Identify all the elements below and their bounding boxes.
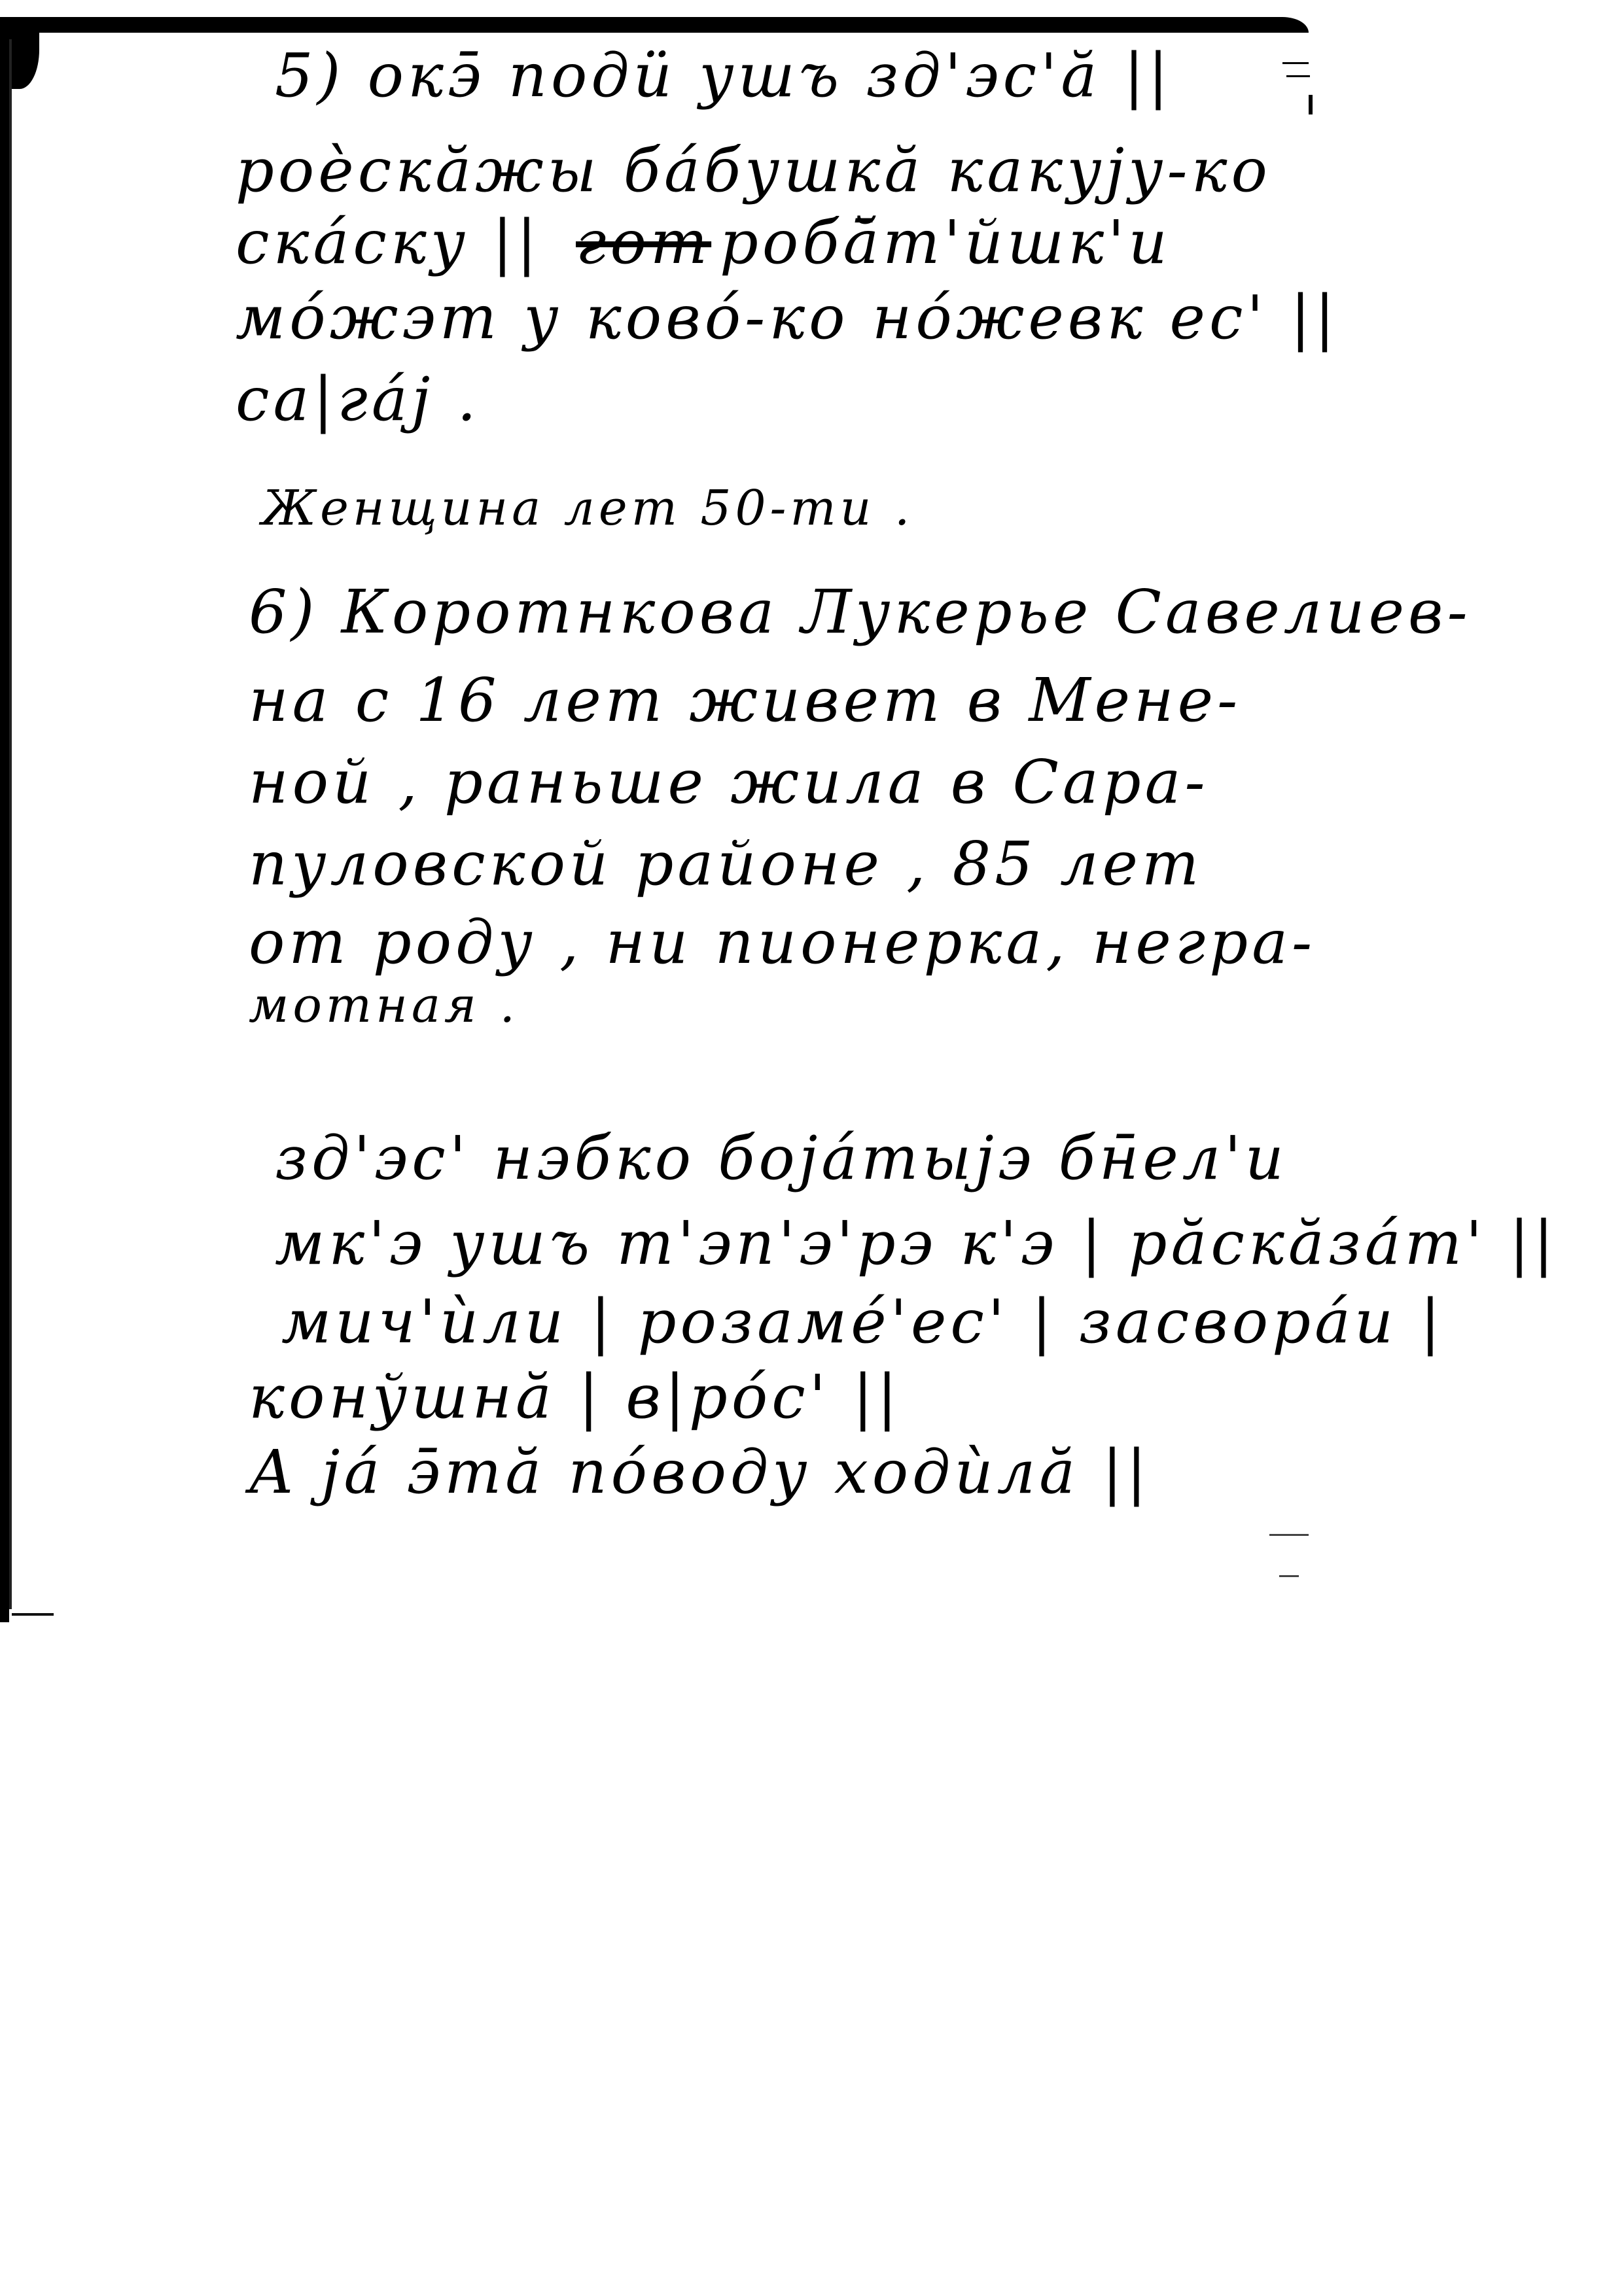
transcript-line-3: мич'ѝли | розаме́'ес' | засвора́и | (281, 1292, 1444, 1352)
section5-line-2: роèскăжы бáбушкӑ какују-ко (236, 141, 1271, 201)
scan-speck (1269, 1534, 1309, 1536)
section6-line-3: ной , раньше жила в Сара- (249, 752, 1209, 812)
scan-left-edge-shadow (9, 39, 12, 1609)
scan-bottom-corner (12, 1613, 54, 1616)
section6-line-5: от роду , ни пионерка, негра- (249, 913, 1316, 973)
scan-speck (1279, 1575, 1299, 1577)
transcript-line-4: конўшнӑ | в|ро́с' || (249, 1367, 901, 1427)
scan-top-edge (0, 17, 1309, 33)
transcript-line-5: А јá э̄тă пóводу ходѝлӑ || (249, 1442, 1150, 1503)
section5-line-4: робā̆т'йшк'и (720, 213, 1171, 273)
section5-line-3: скáску || (236, 213, 540, 273)
section5-struck-word: гот (576, 213, 711, 273)
section5-line-6: са|гáј . (236, 370, 480, 430)
transcript-line-2: мк'э ушъ т'эп'э'рэ к'э | рӑскӑзáт' || (275, 1213, 1558, 1274)
section6-line-1: 6) Коротнкова Лукерье Савелиев- (249, 582, 1472, 642)
section6-line-6: мотная . (249, 981, 519, 1030)
section5-line-1: 5) окэ̄ подӥ ушъ зд'эс'ӑ || (275, 46, 1173, 106)
scan-left-edge (0, 26, 9, 1622)
transcript-line-1: зд'эс' нэбко боја́тыјэ бн̄ел'и (275, 1128, 1288, 1189)
section5-line-5: мóжэт у ково́-ко нóжевк ес' || (236, 288, 1339, 348)
section5-informant-note: Женщина лет 50-ти . (262, 484, 913, 532)
scanned-page: 5) окэ̄ подӥ ушъ зд'эс'ӑ || роèскăжы бáб… (0, 0, 1607, 2296)
section6-line-2: на с 16 лет живет в Мене- (249, 670, 1241, 731)
section6-line-4: пуловской районе , 85 лет (249, 834, 1203, 894)
edge-marks (1282, 62, 1315, 134)
